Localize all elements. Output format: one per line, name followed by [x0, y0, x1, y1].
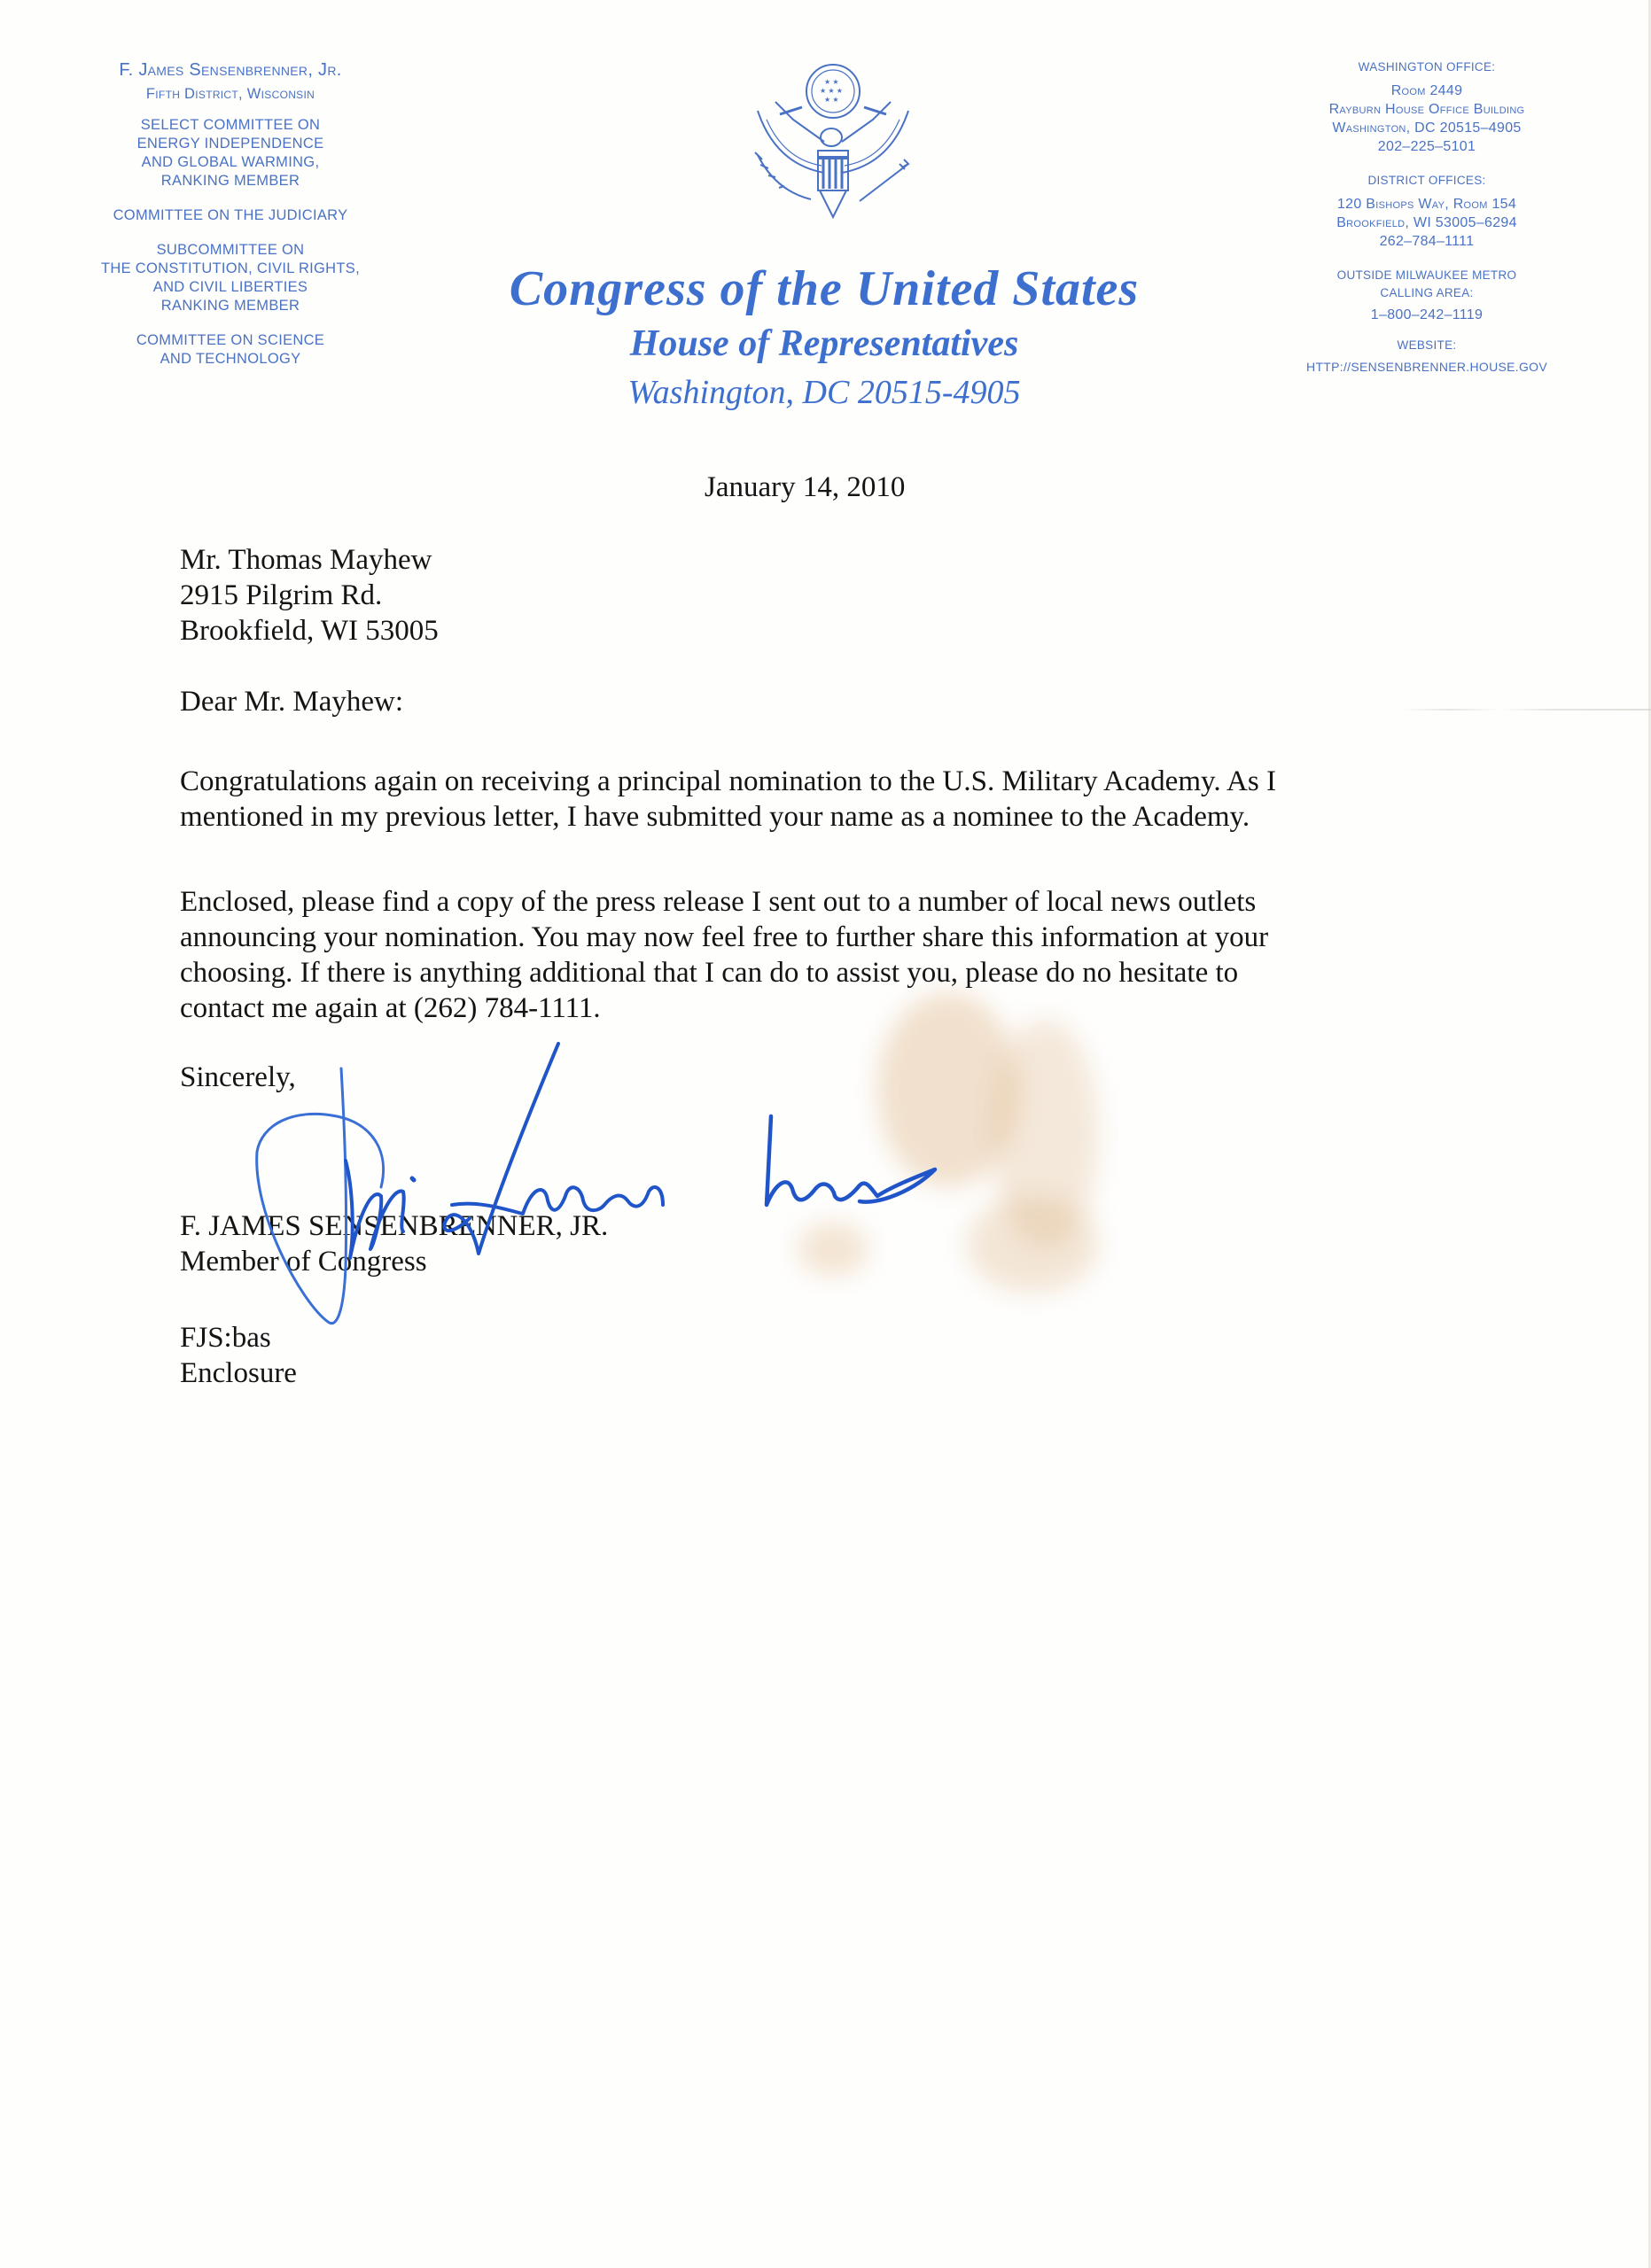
signer-name: F. JAMES SENSENBRENNER, JR.: [180, 1208, 608, 1244]
letter-page: F. James Sensenbrenner, Jr. Fifth Distri…: [0, 0, 1651, 2268]
house-subtitle: House of Representatives: [479, 319, 1170, 369]
recipient-city: Brookfield, WI 53005: [180, 613, 439, 649]
committee-block: COMMITTEE ON SCIENCEAND TECHNOLOGY: [53, 331, 408, 369]
city-line: Washington, DC 20515-4905: [479, 369, 1170, 416]
svg-text:★ ★ ★: ★ ★ ★: [820, 87, 843, 95]
committee-line: AND TECHNOLOGY: [53, 350, 408, 369]
letterhead-right: WASHINGTON OFFICE: Room 2449 Rayburn Hou…: [1258, 58, 1595, 376]
reference-initials: FJS:bas: [180, 1320, 297, 1355]
committee-line: COMMITTEE ON SCIENCE: [53, 331, 408, 350]
committee-line: COMMITTEE ON THE JUDICIARY: [53, 206, 408, 225]
address-line: Brookfield, WI 53005–6294: [1258, 214, 1595, 232]
paragraph-line: announcing your nomination. You may now …: [180, 920, 1447, 955]
address-line: 120 Bishops Way, Room 154: [1258, 195, 1595, 214]
paragraph-1: Congratulations again on receiving a pri…: [180, 764, 1447, 835]
great-seal-eagle-icon: ★ ★★ ★ ★★ ★: [740, 58, 926, 235]
recipient-name: Mr. Thomas Mayhew: [180, 542, 439, 578]
recipient-street: 2915 Pilgrim Rd.: [180, 578, 439, 613]
district-offices-heading: DISTRICT OFFICES:: [1258, 172, 1595, 190]
letterhead-title: Congress of the United States House of R…: [479, 259, 1170, 416]
washington-office-heading: WASHINGTON OFFICE:: [1258, 58, 1595, 76]
letter-date: January 14, 2010: [705, 470, 905, 505]
committee-line: RANKING MEMBER: [53, 172, 408, 190]
enclosure-note: Enclosure: [180, 1355, 297, 1391]
committee-block: COMMITTEE ON THE JUDICIARY: [53, 206, 408, 225]
member-name: F. James Sensenbrenner, Jr.: [53, 58, 408, 82]
toll-free-number: 1–800–242–1119: [1258, 306, 1595, 324]
paragraph-line: mentioned in my previous letter, I have …: [180, 799, 1447, 835]
salutation: Dear Mr. Mayhew:: [180, 684, 403, 719]
committee-line: ENERGY INDEPENDENCE: [53, 135, 408, 153]
committee-line: AND GLOBAL WARMING,: [53, 153, 408, 172]
address-line: Washington, DC 20515–4905: [1258, 119, 1595, 137]
reference-block: FJS:bas Enclosure: [180, 1320, 297, 1391]
paragraph-line: choosing. If there is anything additiona…: [180, 955, 1447, 990]
address-line: Rayburn House Office Building: [1258, 100, 1595, 119]
svg-text:★ ★: ★ ★: [824, 78, 839, 86]
outside-metro-line: OUTSIDE MILWAUKEE METRO: [1258, 267, 1595, 284]
address-line: Room 2449: [1258, 82, 1595, 100]
committee-block: SELECT COMMITTEE ONENERGY INDEPENDENCEAN…: [53, 116, 408, 190]
fold-line: [1400, 709, 1651, 711]
committee-line: RANKING MEMBER: [53, 297, 408, 315]
paragraph-line: contact me again at (262) 784-1111.: [180, 990, 1447, 1026]
committee-line: SELECT COMMITTEE ON: [53, 116, 408, 135]
recipient-address: Mr. Thomas Mayhew 2915 Pilgrim Rd. Brook…: [180, 542, 439, 649]
signer-block: F. JAMES SENSENBRENNER, JR. Member of Co…: [180, 1208, 608, 1279]
paragraph-line: Congratulations again on receiving a pri…: [180, 764, 1447, 799]
committee-line: SUBCOMMITTEE ON: [53, 241, 408, 260]
letterhead-left: F. James Sensenbrenner, Jr. Fifth Distri…: [53, 58, 408, 384]
phone-line: 262–784–1111: [1258, 232, 1595, 251]
website-heading: WEBSITE:: [1258, 337, 1595, 354]
paragraph-line: Enclosed, please find a copy of the pres…: [180, 884, 1447, 920]
paragraph-2: Enclosed, please find a copy of the pres…: [180, 884, 1447, 1026]
district-office-address: 120 Bishops Way, Room 154 Brookfield, WI…: [1258, 195, 1595, 251]
website-link[interactable]: HTTP://SENSENBRENNER.HOUSE.GOV: [1258, 358, 1595, 376]
svg-text:★ ★: ★ ★: [824, 96, 839, 104]
washington-office-address: Room 2449 Rayburn House Office Building …: [1258, 82, 1595, 156]
member-district: Fifth District, Wisconsin: [53, 85, 408, 104]
closing: Sincerely,: [180, 1060, 296, 1095]
signer-title: Member of Congress: [180, 1244, 608, 1279]
outside-metro-line: CALLING AREA:: [1258, 284, 1595, 302]
congress-title: Congress of the United States: [479, 259, 1170, 319]
committee-line: THE CONSTITUTION, CIVIL RIGHTS,: [53, 260, 408, 278]
water-stain: [966, 1196, 1099, 1293]
committee-list: SELECT COMMITTEE ONENERGY INDEPENDENCEAN…: [53, 116, 408, 369]
committee-line: AND CIVIL LIBERTIES: [53, 278, 408, 297]
outside-metro-heading: OUTSIDE MILWAUKEE METRO CALLING AREA:: [1258, 267, 1595, 302]
water-stain: [798, 1223, 868, 1276]
phone-line: 202–225–5101: [1258, 137, 1595, 156]
committee-block: SUBCOMMITTEE ONTHE CONSTITUTION, CIVIL R…: [53, 241, 408, 315]
